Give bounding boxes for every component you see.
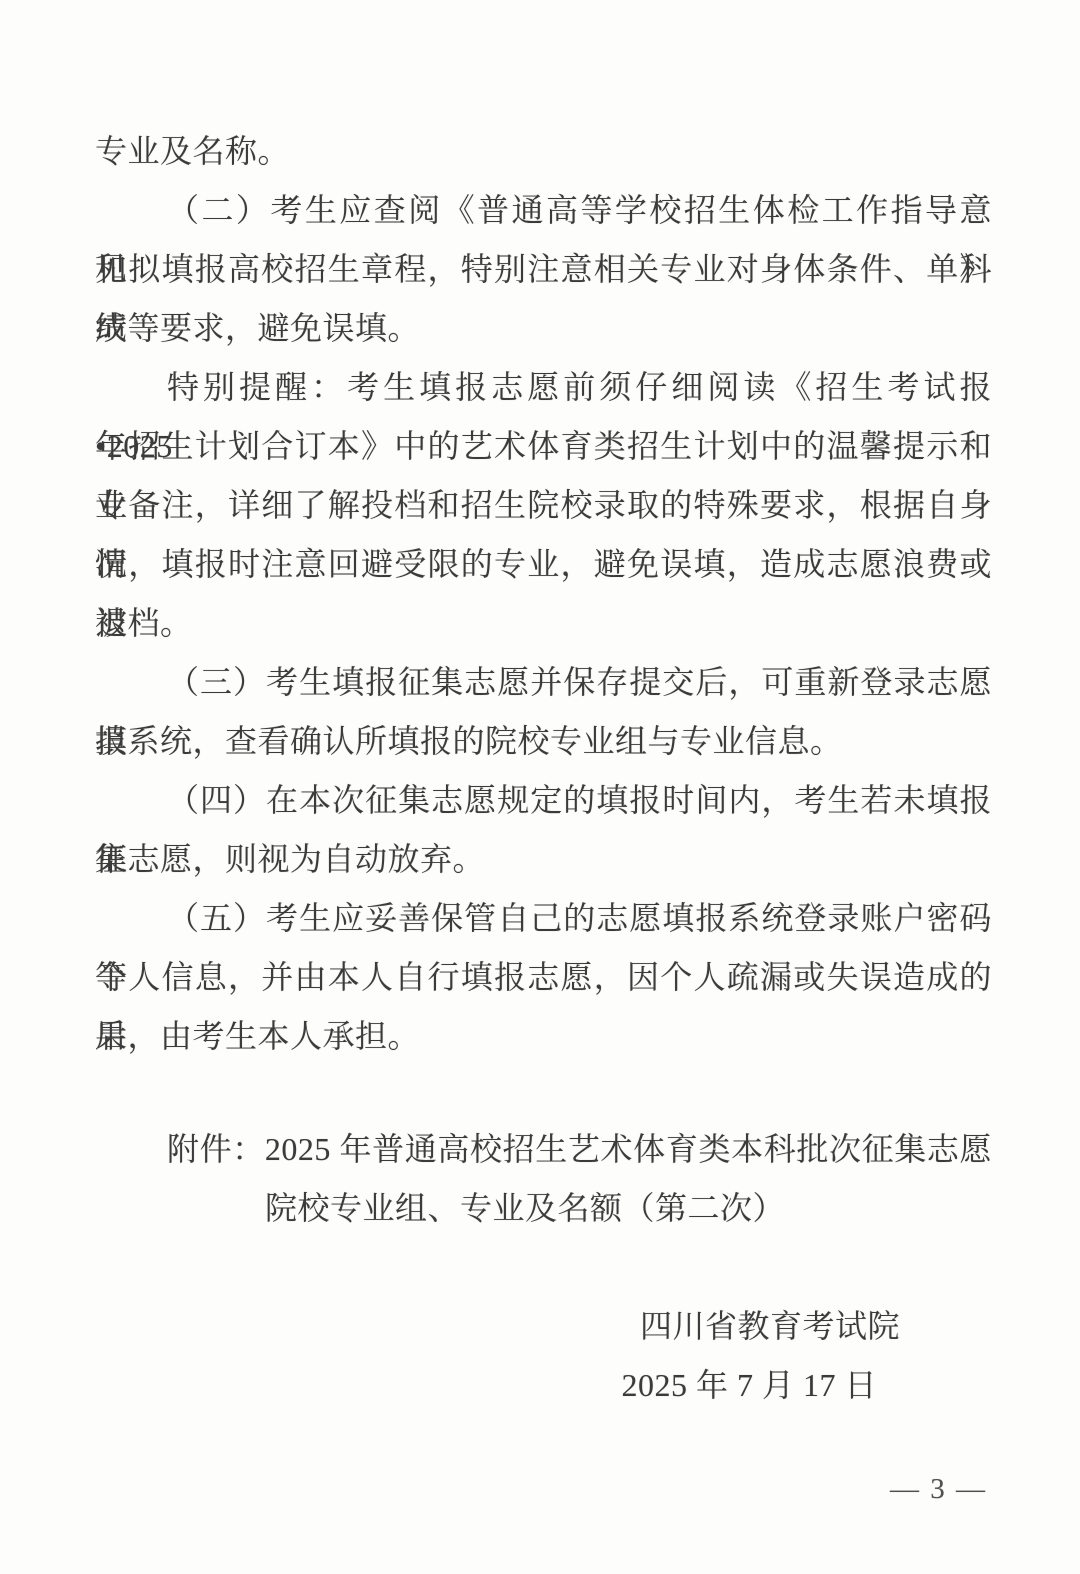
- attachment-line: 附件：2025 年普通高校招生艺术体育类本科批次征集志愿: [95, 1120, 992, 1179]
- paragraph: （二）考生应查阅《普通高等学校招生体检工作指导意见》 和拟填报高校招生章程，特别…: [95, 181, 992, 358]
- attachment-line: 院校专业组、专业及名额（第二次）: [95, 1179, 992, 1238]
- document-body: 专业及名称。 （二）考生应查阅《普通高等学校招生体检工作指导意见》 和拟填报高校…: [95, 122, 992, 1415]
- document-line: 况，填报时注意回避受限的专业，避免误填，造成志愿浪费或被: [95, 535, 992, 594]
- document-line: 报系统，查看确认所填报的院校专业组与专业信息。: [95, 712, 992, 771]
- paragraph: （三）考生填报征集志愿并保存提交后，可重新登录志愿填 报系统，查看确认所填报的院…: [95, 653, 992, 771]
- document-line: 业备注，详细了解投档和招生院校录取的特殊要求，根据自身情: [95, 476, 992, 535]
- document-line: 果，由考生本人承担。: [95, 1007, 992, 1066]
- document-line: 退档。: [95, 594, 992, 653]
- document-line: 绩等要求，避免误填。: [95, 299, 992, 358]
- paragraph: （四）在本次征集志愿规定的填报时间内，考生若未填报征 集志愿，则视为自动放弃。: [95, 771, 992, 889]
- attachment-block: 附件：2025 年普通高校招生艺术体育类本科批次征集志愿 院校专业组、专业及名额…: [95, 1120, 992, 1238]
- document-line: 特别提醒：考生填报志愿前须仔细阅读《招生考试报•2025: [95, 358, 992, 417]
- document-line: 集志愿，则视为自动放弃。: [95, 830, 992, 889]
- document-line: 和拟填报高校招生章程，特别注意相关专业对身体条件、单科成: [95, 240, 992, 299]
- document-line: （二）考生应查阅《普通高等学校招生体检工作指导意见》: [95, 181, 992, 240]
- document-line: 专业及名称。: [95, 122, 992, 181]
- signature-block: 四川省教育考试院 2025 年 7 月 17 日: [95, 1297, 992, 1415]
- paragraph: 专业及名称。: [95, 122, 992, 181]
- document-page: 专业及名称。 （二）考生应查阅《普通高等学校招生体检工作指导意见》 和拟填报高校…: [0, 0, 1080, 1574]
- paragraph: （五）考生应妥善保管自己的志愿填报系统登录账户密码等 个人信息，并由本人自行填报…: [95, 889, 992, 1066]
- document-line: （四）在本次征集志愿规定的填报时间内，考生若未填报征: [95, 771, 992, 830]
- document-line: （五）考生应妥善保管自己的志愿填报系统登录账户密码等: [95, 889, 992, 948]
- signature-issuer: 四川省教育考试院: [95, 1297, 992, 1356]
- page-number: — 3 —: [890, 1474, 987, 1504]
- paragraph: 特别提醒：考生填报志愿前须仔细阅读《招生考试报•2025 年招生计划合订本》中的…: [95, 358, 992, 653]
- document-line: 个人信息，并由本人自行填报志愿，因个人疏漏或失误造成的后: [95, 948, 992, 1007]
- signature-date: 2025 年 7 月 17 日: [95, 1356, 992, 1415]
- document-line: 年招生计划合订本》中的艺术体育类招生计划中的温馨提示和专: [95, 417, 992, 476]
- document-line: （三）考生填报征集志愿并保存提交后，可重新登录志愿填: [95, 653, 992, 712]
